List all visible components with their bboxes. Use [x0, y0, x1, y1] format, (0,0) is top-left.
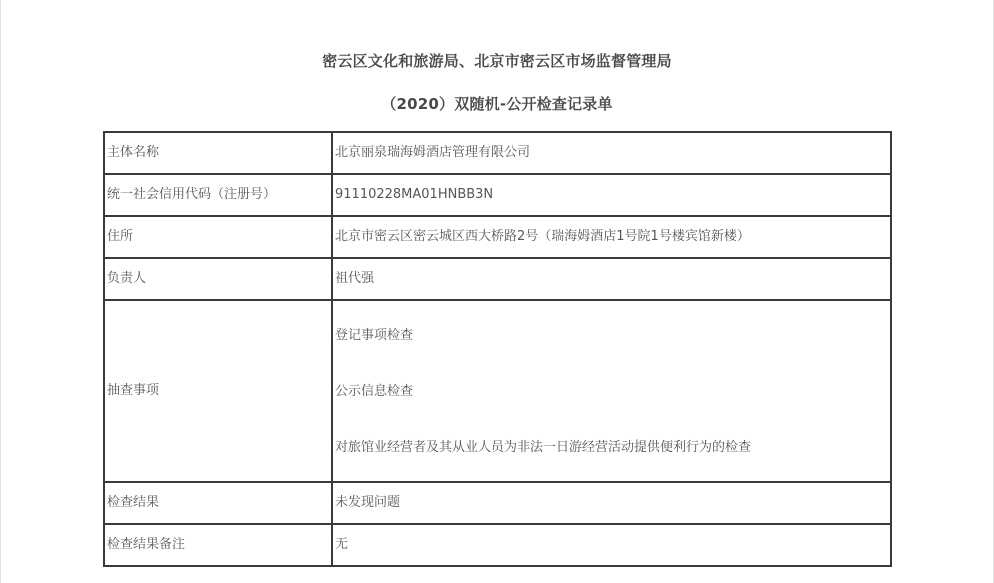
row-label: 抽查事项 — [104, 300, 332, 482]
row-label: 检查结果 — [104, 482, 332, 524]
inspection-record-table: 主体名称 北京丽泉瑞海姆酒店管理有限公司 统一社会信用代码（注册号） 91110… — [103, 131, 892, 567]
table-row-responsible-person: 负责人 祖代强 — [104, 258, 891, 300]
row-label: 统一社会信用代码（注册号） — [104, 174, 332, 216]
inspection-item: 公示信息检查 — [335, 364, 890, 420]
table-row-address: 住所 北京市密云区密云城区西大桥路2号（瑞海姆酒店1号院1号楼宾馆新楼） — [104, 216, 891, 258]
page-left-border — [0, 0, 1, 583]
table-row-inspection-items: 抽查事项 登记事项检查 公示信息检查 对旅馆业经营者及其从业人员为非法一日游经营… — [104, 300, 891, 482]
table-row-entity-name: 主体名称 北京丽泉瑞海姆酒店管理有限公司 — [104, 132, 891, 174]
row-label: 负责人 — [104, 258, 332, 300]
row-value: 91110228MA01HNBB3N — [332, 174, 891, 216]
table-row-inspection-result: 检查结果 未发现问题 — [104, 482, 891, 524]
row-label: 住所 — [104, 216, 332, 258]
row-value: 北京市密云区密云城区西大桥路2号（瑞海姆酒店1号院1号楼宾馆新楼） — [332, 216, 891, 258]
row-label: 主体名称 — [104, 132, 332, 174]
inspection-item: 对旅馆业经营者及其从业人员为非法一日游经营活动提供便利行为的检查 — [335, 420, 890, 476]
inspection-item: 登记事项检查 — [335, 308, 890, 364]
document-subtitle: （2020）双随机-公开检查记录单 — [0, 93, 994, 114]
row-value-list: 登记事项检查 公示信息检查 对旅馆业经营者及其从业人员为非法一日游经营活动提供便… — [332, 300, 891, 482]
row-label: 检查结果备注 — [104, 524, 332, 566]
row-value: 北京丽泉瑞海姆酒店管理有限公司 — [332, 132, 891, 174]
table-row-credit-code: 统一社会信用代码（注册号） 91110228MA01HNBB3N — [104, 174, 891, 216]
row-value: 无 — [332, 524, 891, 566]
table-row-result-remarks: 检查结果备注 无 — [104, 524, 891, 566]
document-title: 密云区文化和旅游局、北京市密云区市场监督管理局 — [0, 50, 994, 71]
row-value: 祖代强 — [332, 258, 891, 300]
row-value: 未发现问题 — [332, 482, 891, 524]
